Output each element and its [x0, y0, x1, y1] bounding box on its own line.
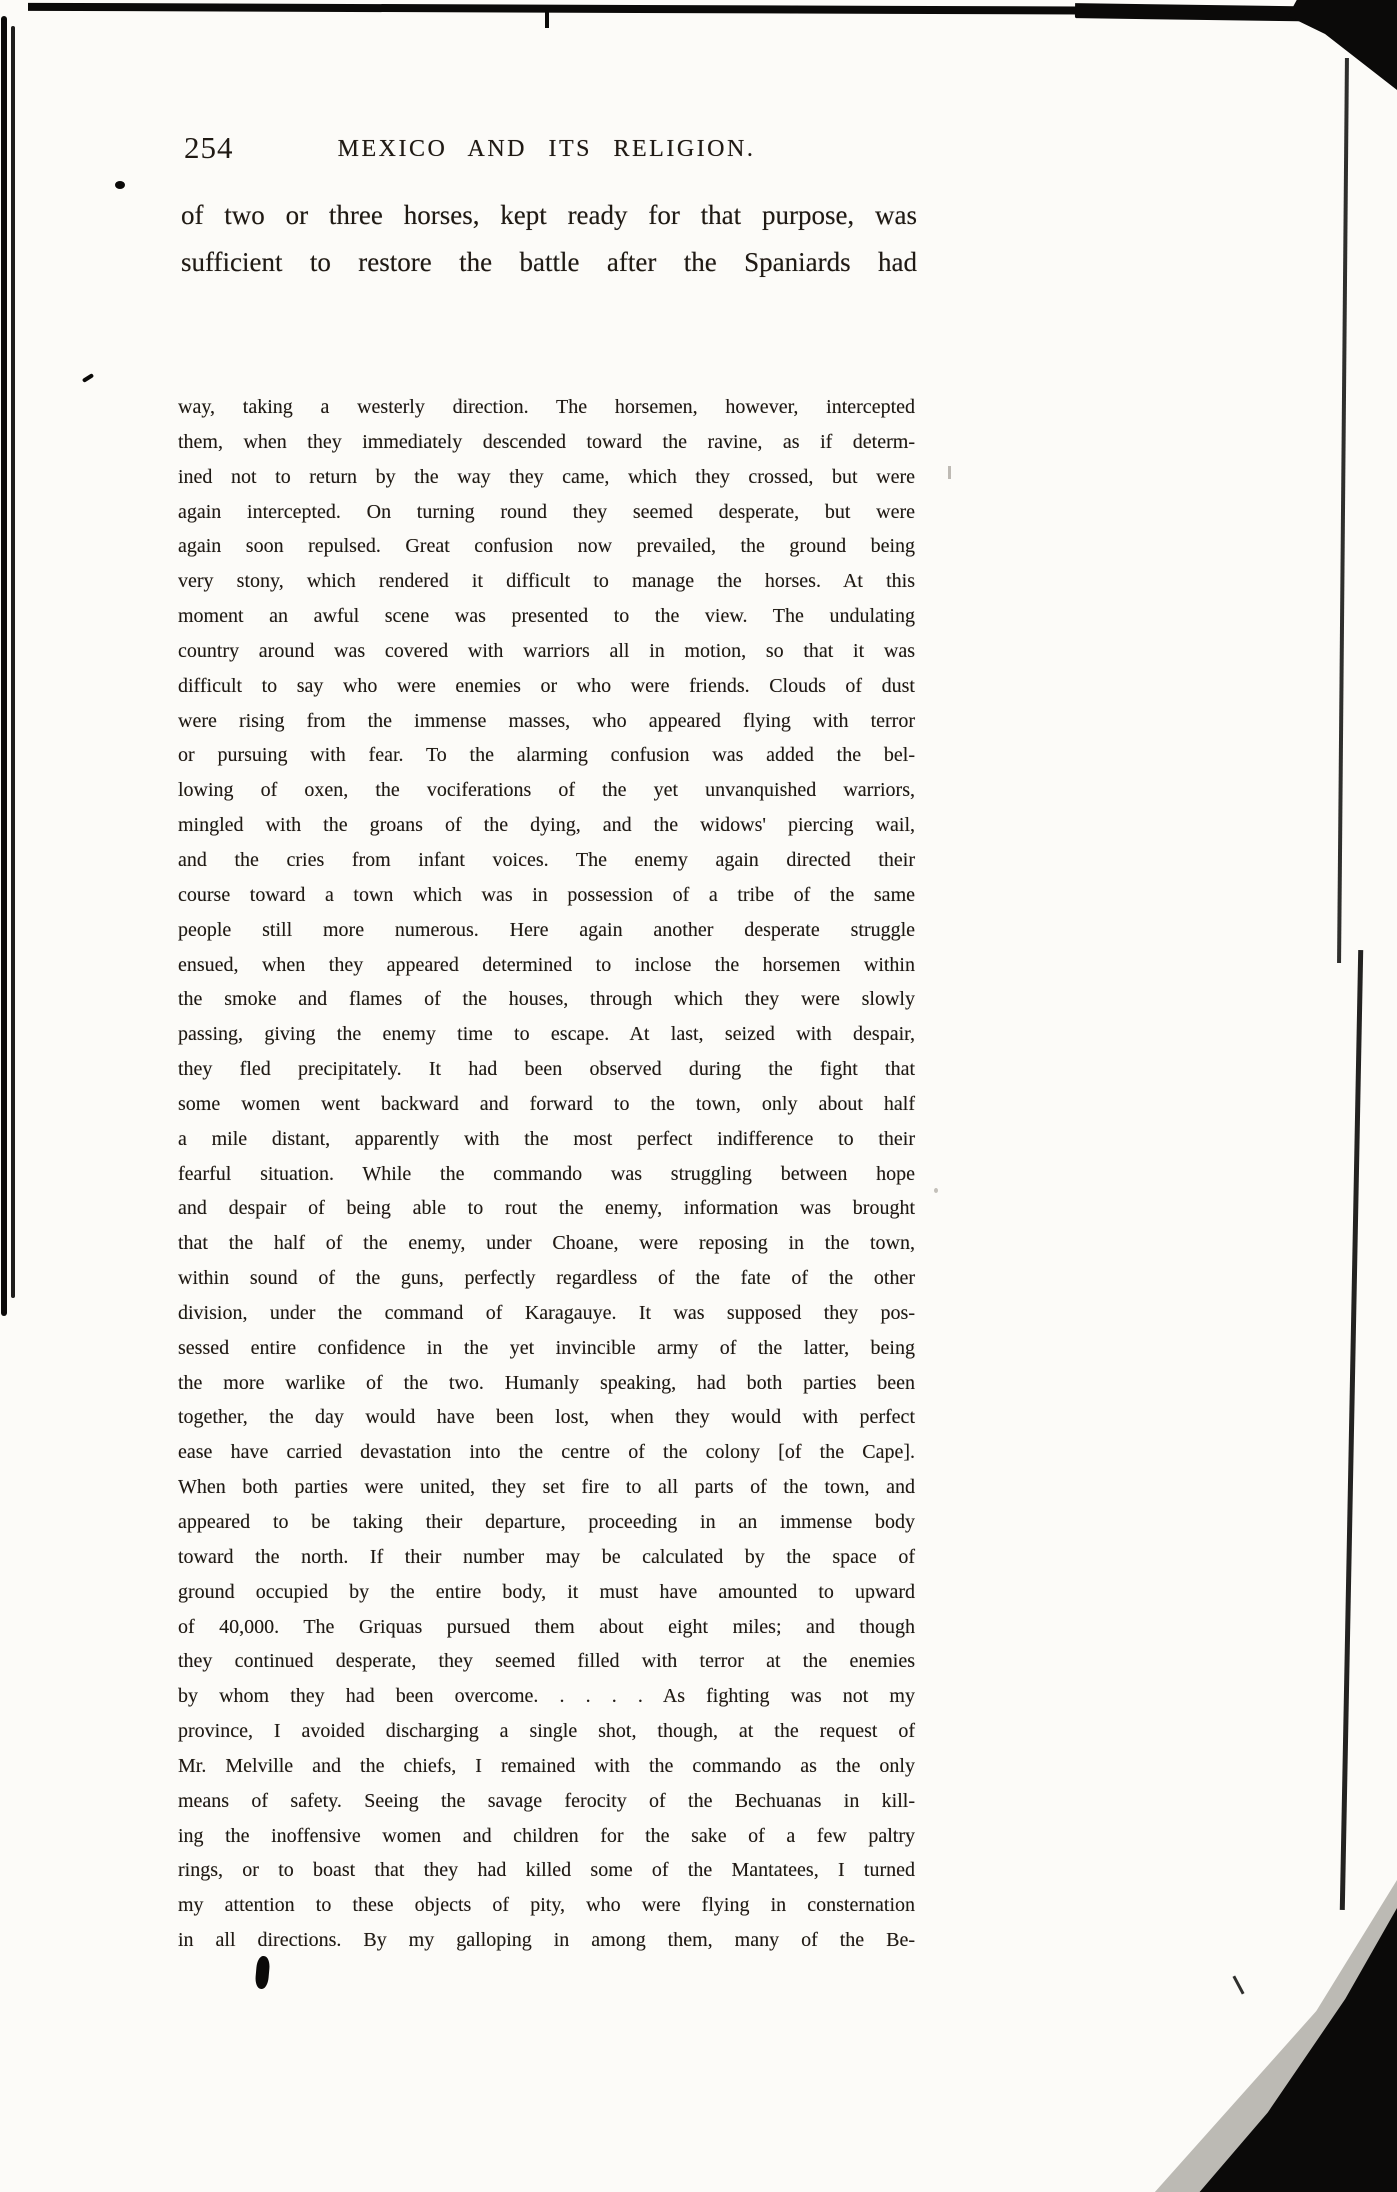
- body-text-line: or pursuing with fear. To the alarming c…: [178, 738, 915, 773]
- body-text-line: and despair of being able to rout the en…: [178, 1191, 915, 1226]
- body-text-line: the more warlike of the two. Humanly spe…: [178, 1366, 915, 1401]
- margin-scan-mark: [948, 466, 951, 479]
- body-text-line: they fled precipitately. It had been obs…: [178, 1052, 915, 1087]
- body-text-line: Mr. Melville and the chiefs, I remained …: [178, 1749, 915, 1784]
- lead-paragraph-line: of two or three horses, kept ready for t…: [181, 192, 917, 239]
- body-text-line: very stony, which rendered it difficult …: [178, 564, 915, 599]
- body-text-line: When both parties were united, they set …: [178, 1470, 915, 1505]
- body-text-line: again soon repulsed. Great confusion now…: [178, 529, 915, 564]
- body-text-line: again intercepted. On turning round they…: [178, 495, 915, 530]
- running-header: MEXICO AND ITS RELIGION.: [178, 136, 915, 163]
- body-text-line: of 40,000. The Griquas pursued them abou…: [178, 1610, 915, 1645]
- body-text-line: my attention to these objects of pity, w…: [178, 1888, 915, 1923]
- body-text-line: fearful situation. While the commando wa…: [178, 1157, 915, 1192]
- body-text-line: together, the day would have been lost, …: [178, 1400, 915, 1435]
- body-text-line: way, taking a westerly direction. The ho…: [178, 390, 915, 425]
- body-text-line: difficult to say who were enemies or who…: [178, 669, 915, 704]
- ink-speck-bullet: [115, 181, 125, 189]
- ink-blot-mark: [255, 1955, 271, 1989]
- body-text-line: country around was covered with warriors…: [178, 634, 915, 669]
- lead-paragraph: of two or three horses, kept ready for t…: [181, 192, 917, 286]
- margin-scan-mark: [934, 1188, 938, 1193]
- body-text-line: means of safety. Seeing the savage feroc…: [178, 1784, 915, 1819]
- scan-edge-right-line-lower: [1340, 950, 1363, 1910]
- body-text-line: province, I avoided discharging a single…: [178, 1714, 915, 1749]
- body-text-line: they continued desperate, they seemed fi…: [178, 1644, 915, 1679]
- body-text-line: rings, or to boast that they had killed …: [178, 1853, 915, 1888]
- ink-speck-backslash: [1232, 1975, 1244, 1994]
- scan-edge-top-right-corner: [1288, 0, 1397, 100]
- body-text-line: and the cries from infant voices. The en…: [178, 843, 915, 878]
- body-text-line: within sound of the guns, perfectly rega…: [178, 1261, 915, 1296]
- body-text-line: appeared to be taking their departure, p…: [178, 1505, 915, 1540]
- body-text-line: ground occupied by the entire body, it m…: [178, 1575, 915, 1610]
- ink-speck-checkmark: [82, 373, 94, 383]
- body-text-line: some women went backward and forward to …: [178, 1087, 915, 1122]
- body-text-line: sessed entire confidence in the yet invi…: [178, 1331, 915, 1366]
- body-text-line: ease have carried devastation into the c…: [178, 1435, 915, 1470]
- body-text-line: that the half of the enemy, under Choane…: [178, 1226, 915, 1261]
- body-text-line: ensued, when they appeared determined to…: [178, 948, 915, 983]
- body-text-line: moment an awful scene was presented to t…: [178, 599, 915, 634]
- body-text-line: ing the inoffensive women and children f…: [178, 1819, 915, 1854]
- scan-edge-right-line-upper: [1337, 58, 1349, 963]
- scan-edge-left-line-inner: [11, 26, 15, 1298]
- body-text-line: in all directions. By my galloping in am…: [178, 1923, 915, 1958]
- body-text-line: were rising from the immense masses, who…: [178, 704, 915, 739]
- body-text-line: ined not to return by the way they came,…: [178, 460, 915, 495]
- scanned-book-page: 254 MEXICO AND ITS RELIGION. of two or t…: [0, 0, 1397, 2192]
- scan-edge-left-line-outer: [1, 16, 7, 1316]
- body-text-line: the smoke and flames of the houses, thro…: [178, 982, 915, 1017]
- body-text-line: a mile distant, apparently with the most…: [178, 1122, 915, 1157]
- body-paragraph: way, taking a westerly direction. The ho…: [178, 390, 915, 1958]
- body-text-line: lowing of oxen, the vociferations of the…: [178, 773, 915, 808]
- body-text-line: them, when they immediately descended to…: [178, 425, 915, 460]
- lead-paragraph-line: sufficient to restore the battle after t…: [181, 239, 917, 286]
- body-text-line: mingled with the groans of the dying, an…: [178, 808, 915, 843]
- body-text-line: people still more numerous. Here again a…: [178, 913, 915, 948]
- body-text-line: division, under the command of Karagauye…: [178, 1296, 915, 1331]
- body-text-line: course toward a town which was in posses…: [178, 878, 915, 913]
- scan-edge-top-tick: [545, 11, 549, 28]
- body-text-line: toward the north. If their number may be…: [178, 1540, 915, 1575]
- body-text-line: by whom they had been overcome. . . . . …: [178, 1679, 915, 1714]
- body-text-line: passing, giving the enemy time to escape…: [178, 1017, 915, 1052]
